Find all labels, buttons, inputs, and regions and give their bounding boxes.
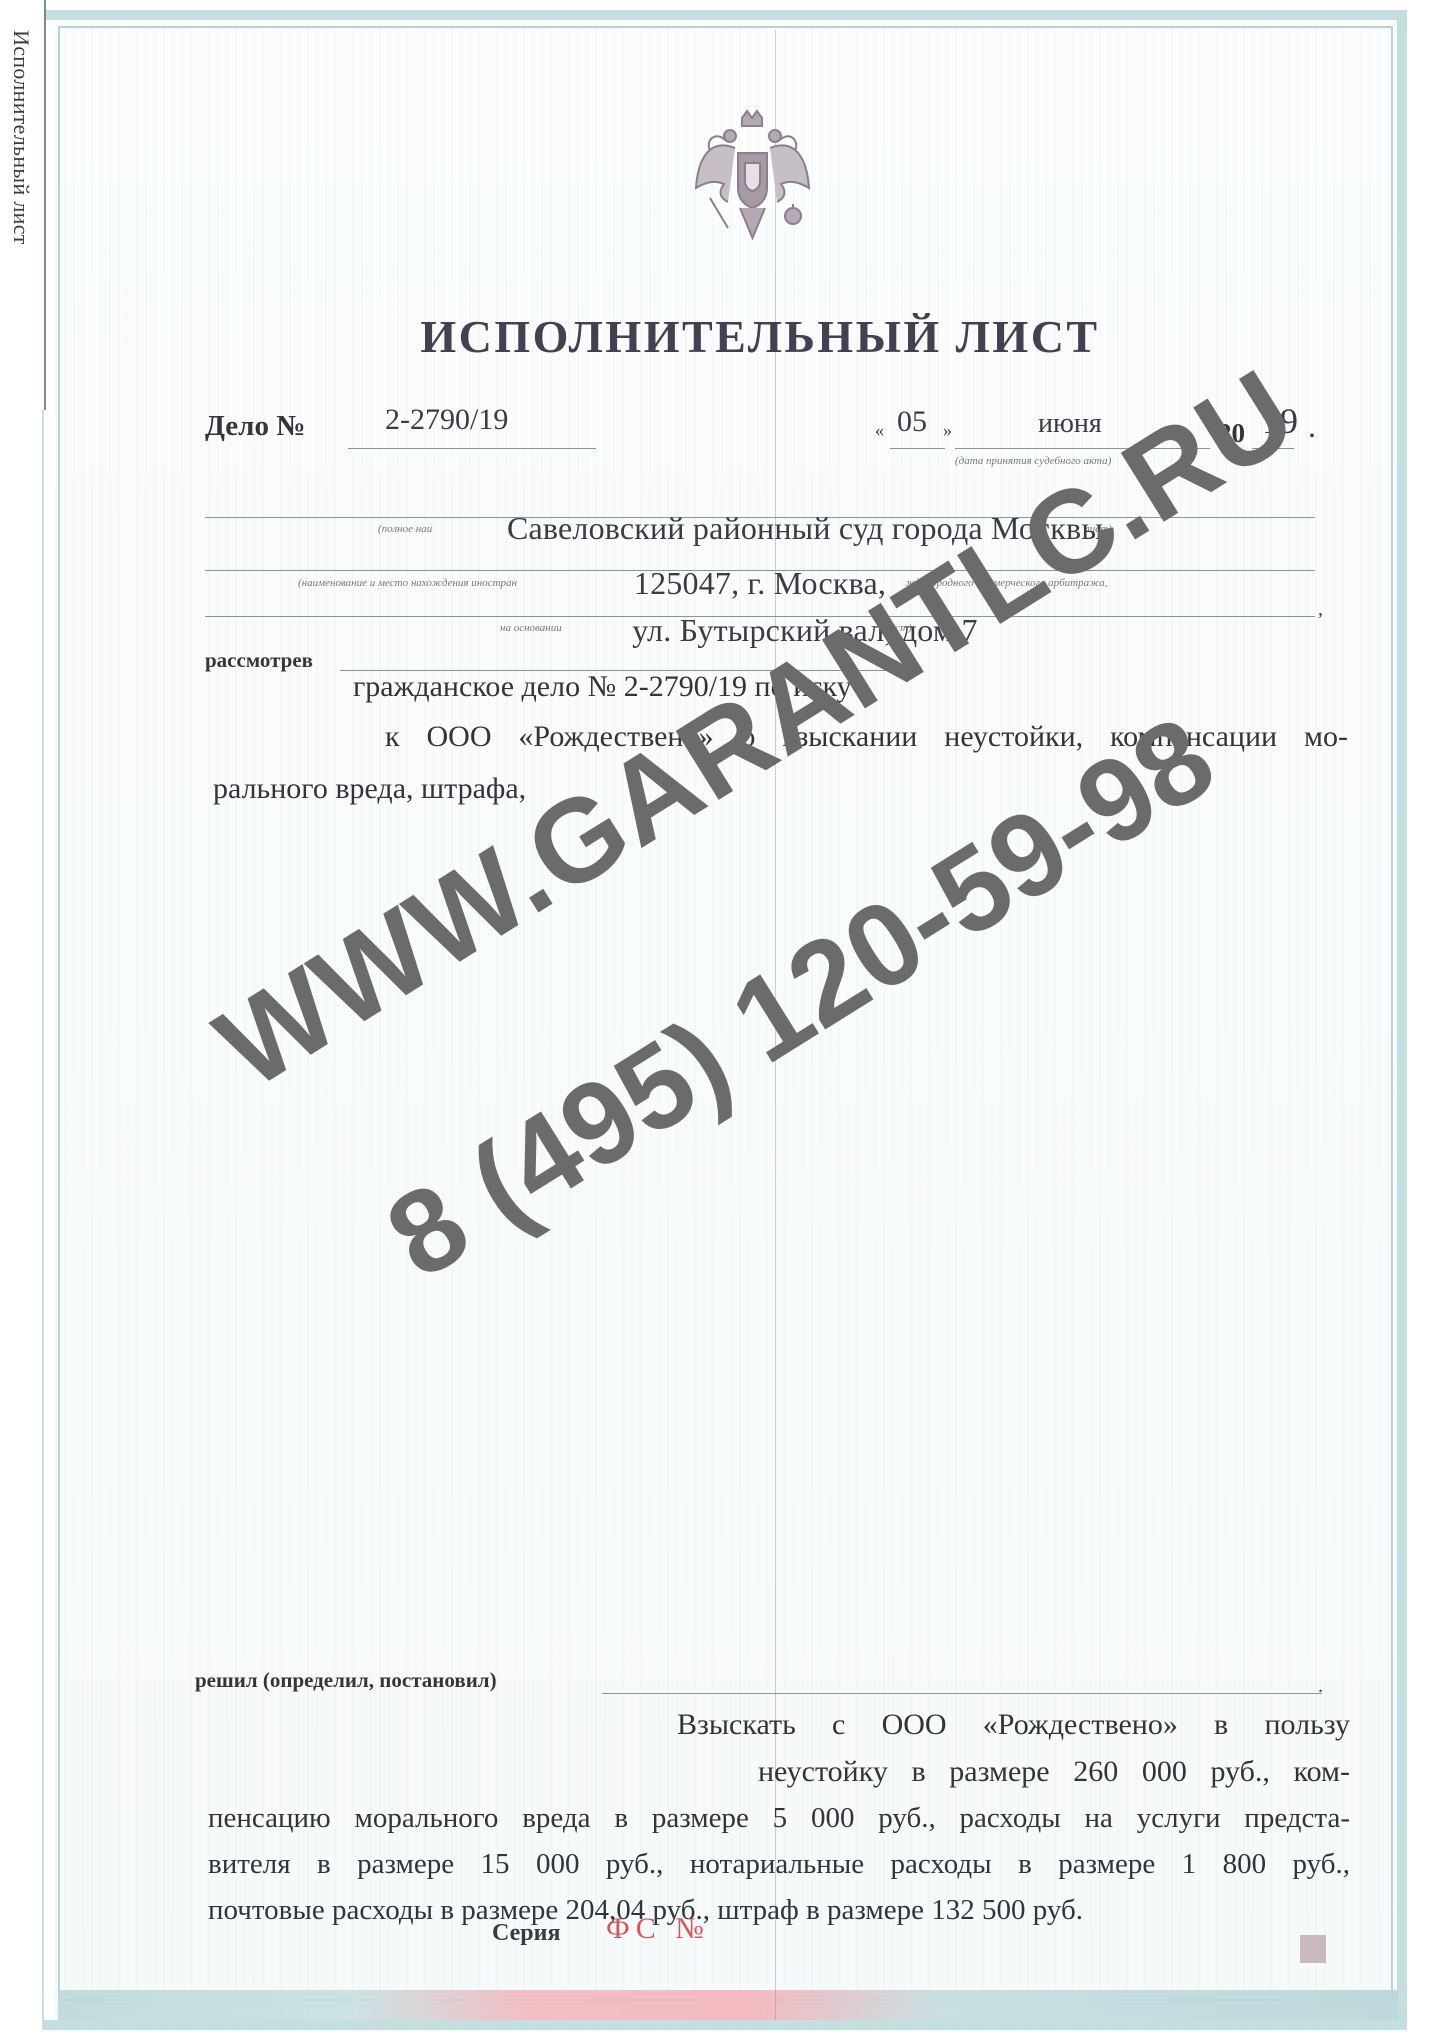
decision-line-3: пенсацию морального вреда в размере 5 00… xyxy=(208,1802,1350,1835)
decision-line xyxy=(602,1693,1322,1694)
considered-line-3: рального вреда, штрафа, xyxy=(213,772,526,806)
decision-line-5: почтовые расходы в размере 204,04 руб., … xyxy=(208,1894,1350,1927)
security-band xyxy=(58,1990,1398,2020)
decision-line-4: вителя в размере 15 000 руб., нотариальн… xyxy=(208,1848,1350,1881)
date-close-quote: » xyxy=(943,420,952,441)
document-title: ИСПОЛНИТЕЛЬНЫЙ ЛИСТ xyxy=(400,310,1120,363)
considered-label: рассмотрев xyxy=(205,648,313,673)
spine-label: Исполнительный лист xyxy=(8,30,34,245)
decision-trailing-period: . xyxy=(1318,1675,1323,1698)
decision-label: решил (определил, постановил) xyxy=(195,1668,497,1693)
date-day: 05 xyxy=(897,405,927,439)
security-mark xyxy=(1300,1935,1326,1963)
decision-line-1: Взыскать с ООО «Рождествено» в пользу xyxy=(677,1708,1350,1742)
case-label: Дело № xyxy=(205,410,305,443)
series-code: ФС № xyxy=(606,1912,710,1946)
date-open-quote: « xyxy=(875,420,884,441)
date-month: июня xyxy=(1038,408,1102,440)
spine-tab: Исполнительный лист xyxy=(0,0,46,410)
case-number: 2-2790/19 xyxy=(385,403,508,437)
case-number-line xyxy=(348,448,596,449)
decision-line-2: неустойку в размере 260 000 руб., ком- xyxy=(758,1755,1350,1789)
series-label: Серия xyxy=(492,1920,560,1947)
russian-coat-of-arms-icon xyxy=(690,108,815,248)
year-end: . xyxy=(1308,408,1316,445)
day-line xyxy=(890,448,945,449)
